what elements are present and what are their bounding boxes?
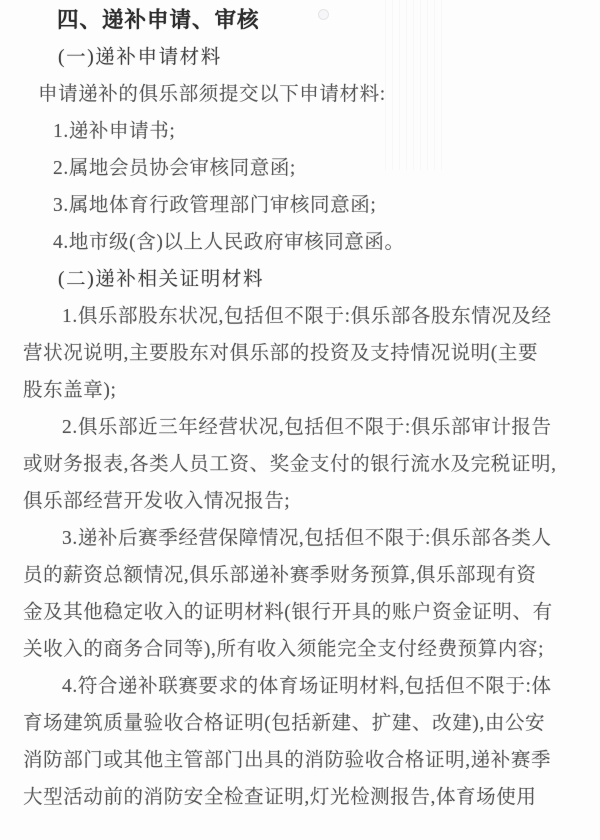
- document-line: 员的薪资总额情况,俱乐部递补赛季财务预算,俱乐部现有资: [0, 557, 600, 594]
- document-line: 营状况说明,主要股东对俱乐部的投资及支持情况说明(主要: [0, 335, 600, 372]
- document-line: 3.属地体育行政管理部门审核同意函;: [0, 187, 600, 224]
- document-line: 关收入的商务合同等),所有收入须能完全支付经费预算内容;: [0, 631, 600, 668]
- document-line: 1.俱乐部股东状况,包括但不限于:俱乐部各股东情况及经: [0, 298, 600, 335]
- document-line: 2.属地会员协会审核同意函;: [0, 150, 600, 187]
- document-line: 股东盖章);: [0, 372, 600, 409]
- document-text-block: 四、递补申请、审核 (一)递补申请材料 申请递补的俱乐部须提交以下申请材料: 1…: [0, 2, 600, 816]
- document-line: 金及其他稳定收入的证明材料(银行开具的账户资金证明、有: [0, 594, 600, 631]
- document-line: 4.地市级(含)以上人民政府审核同意函。: [0, 224, 600, 261]
- document-line: (一)递补申请材料: [0, 39, 600, 76]
- document-line: 或财务报表,各类人员工资、奖金支付的银行流水及完税证明,: [0, 446, 600, 483]
- document-page: 四、递补申请、审核 (一)递补申请材料 申请递补的俱乐部须提交以下申请材料: 1…: [0, 0, 600, 840]
- document-line: 育场建筑质量验收合格证明(包括新建、扩建、改建),由公安: [0, 705, 600, 742]
- document-line: 大型活动前的消防安全检查证明,灯光检测报告,体育场使用: [0, 779, 600, 816]
- document-line: 俱乐部经营开发收入情况报告;: [0, 483, 600, 520]
- document-line: (二)递补相关证明材料: [0, 261, 600, 298]
- document-line: 申请递补的俱乐部须提交以下申请材料:: [0, 76, 600, 113]
- document-line: 四、递补申请、审核: [0, 2, 600, 39]
- document-line: 4.符合递补联赛要求的体育场证明材料,包括但不限于:体: [0, 668, 600, 705]
- document-line: 1.递补申请书;: [0, 113, 600, 150]
- document-line: 消防部门或其他主管部门出具的消防验收合格证明,递补赛季: [0, 742, 600, 779]
- document-line: 3.递补后赛季经营保障情况,包括但不限于:俱乐部各类人: [0, 520, 600, 557]
- document-line: 2.俱乐部近三年经营状况,包括但不限于:俱乐部审计报告: [0, 409, 600, 446]
